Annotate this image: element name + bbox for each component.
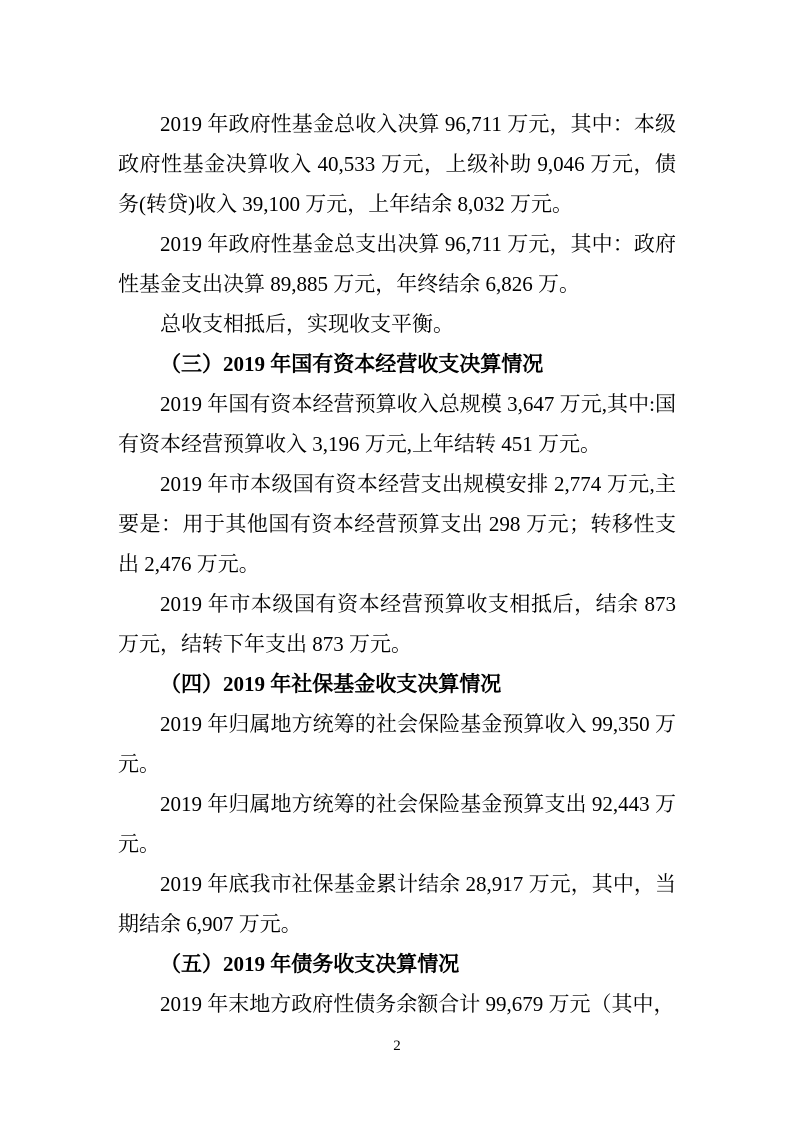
body-paragraph: 2019 年底我市社保基金累计结余 28,917 万元，其中，当期结余 6,90… (118, 864, 676, 944)
body-paragraph: 2019 年末地方政府性债务余额合计 99,679 万元（其中， (118, 984, 676, 1024)
body-paragraph: 2019 年归属地方统筹的社会保险基金预算支出 92,443 万元。 (118, 784, 676, 864)
body-paragraph: 2019 年国有资本经营预算收入总规模 3,647 万元,其中:国有资本经营预算… (118, 384, 676, 464)
body-paragraph: 2019 年市本级国有资本经营预算收支相抵后，结余 873 万元，结转下年支出 … (118, 584, 676, 664)
section-heading: （三）2019 年国有资本经营收支决算情况 (118, 344, 676, 384)
page-number: 2 (0, 1038, 794, 1055)
body-paragraph: 2019 年市本级国有资本经营支出规模安排 2,774 万元,主要是：用于其他国… (118, 464, 676, 584)
body-paragraph: 2019 年政府性基金总收入决算 96,711 万元，其中：本级政府性基金决算收… (118, 104, 676, 224)
section-heading: （四）2019 年社保基金收支决算情况 (118, 664, 676, 704)
body-paragraph: 2019 年政府性基金总支出决算 96,711 万元，其中：政府性基金支出决算 … (118, 224, 676, 304)
document-blocks: 2019 年政府性基金总收入决算 96,711 万元，其中：本级政府性基金决算收… (118, 104, 676, 1024)
body-paragraph: 总收支相抵后，实现收支平衡。 (118, 304, 676, 344)
section-heading: （五）2019 年债务收支决算情况 (118, 944, 676, 984)
body-paragraph: 2019 年归属地方统筹的社会保险基金预算收入 99,350 万元。 (118, 704, 676, 784)
document-page: 2019 年政府性基金总收入决算 96,711 万元，其中：本级政府性基金决算收… (0, 0, 794, 1123)
